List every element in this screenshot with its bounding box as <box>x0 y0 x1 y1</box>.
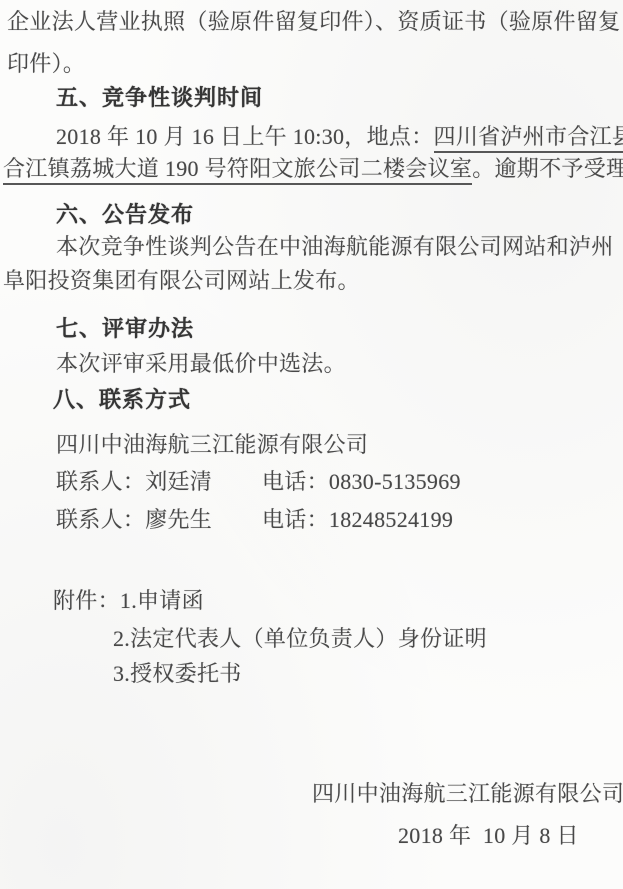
section6-heading: 六、公告发布 <box>56 201 194 228</box>
section8-heading: 八、联系方式 <box>53 386 191 413</box>
section5-address-underlined-1: 四川省泸州市合江县 <box>434 124 623 153</box>
section7-body: 本次评审采用最低价中选法。 <box>56 350 346 377</box>
contact-row-2: 联系人：廖先生电话：18248524199 <box>56 506 536 533</box>
contact-1-phone: 电话：0830-5135969 <box>262 468 461 495</box>
attachments-item-2: 2.法定代表人（单位负责人）身份证明 <box>113 625 487 652</box>
section5-heading: 五、竞争性谈判时间 <box>56 84 263 111</box>
contact-2-name: 联系人：廖先生 <box>56 507 212 532</box>
section5-time-line: 2018 年 10 月 16 日上午 10:30，地点：四川省泸州市合江县 <box>56 123 623 150</box>
section5-time-prefix: 2018 年 10 月 16 日上午 10:30，地点： <box>56 124 434 149</box>
signature-date: 2018 年 10 月 8 日 <box>398 822 579 849</box>
contact-row-1: 联系人：刘廷清电话：0830-5135969 <box>56 468 536 495</box>
section5-address-underlined-2: 合江镇荔城大道 190 号符阳文旅公司二楼会议室 <box>3 156 472 185</box>
signature-company: 四川中油海航三江能源有限公司 <box>312 780 623 807</box>
intro-line-2: 印件）。 <box>7 50 85 77</box>
section8-company: 四川中油海航三江能源有限公司 <box>56 431 368 458</box>
section6-body-line-2: 阜阳投资集团有限公司网站上发布。 <box>3 267 360 294</box>
contact-2-phone: 电话：18248524199 <box>262 506 453 533</box>
attachments-item-3: 3.授权委托书 <box>113 660 242 687</box>
intro-line-1: 企业法人营业执照（验原件留复印件）、资质证书（验原件留复 <box>7 8 620 35</box>
section5-suffix: 。逾期不予受理。 <box>472 156 623 181</box>
scanned-document-page: 企业法人营业执照（验原件留复印件）、资质证书（验原件留复 印件）。 五、竞争性谈… <box>0 0 623 889</box>
section5-address-line: 合江镇荔城大道 190 号符阳文旅公司二楼会议室。逾期不予受理。 <box>3 155 623 182</box>
section7-heading: 七、评审办法 <box>56 315 194 342</box>
attachments-label-item-1: 附件：1.申请函 <box>53 587 204 614</box>
section6-body-line-1: 本次竞争性谈判公告在中油海航能源有限公司网站和泸州 <box>56 233 614 260</box>
contact-1-name: 联系人：刘廷清 <box>56 469 212 494</box>
